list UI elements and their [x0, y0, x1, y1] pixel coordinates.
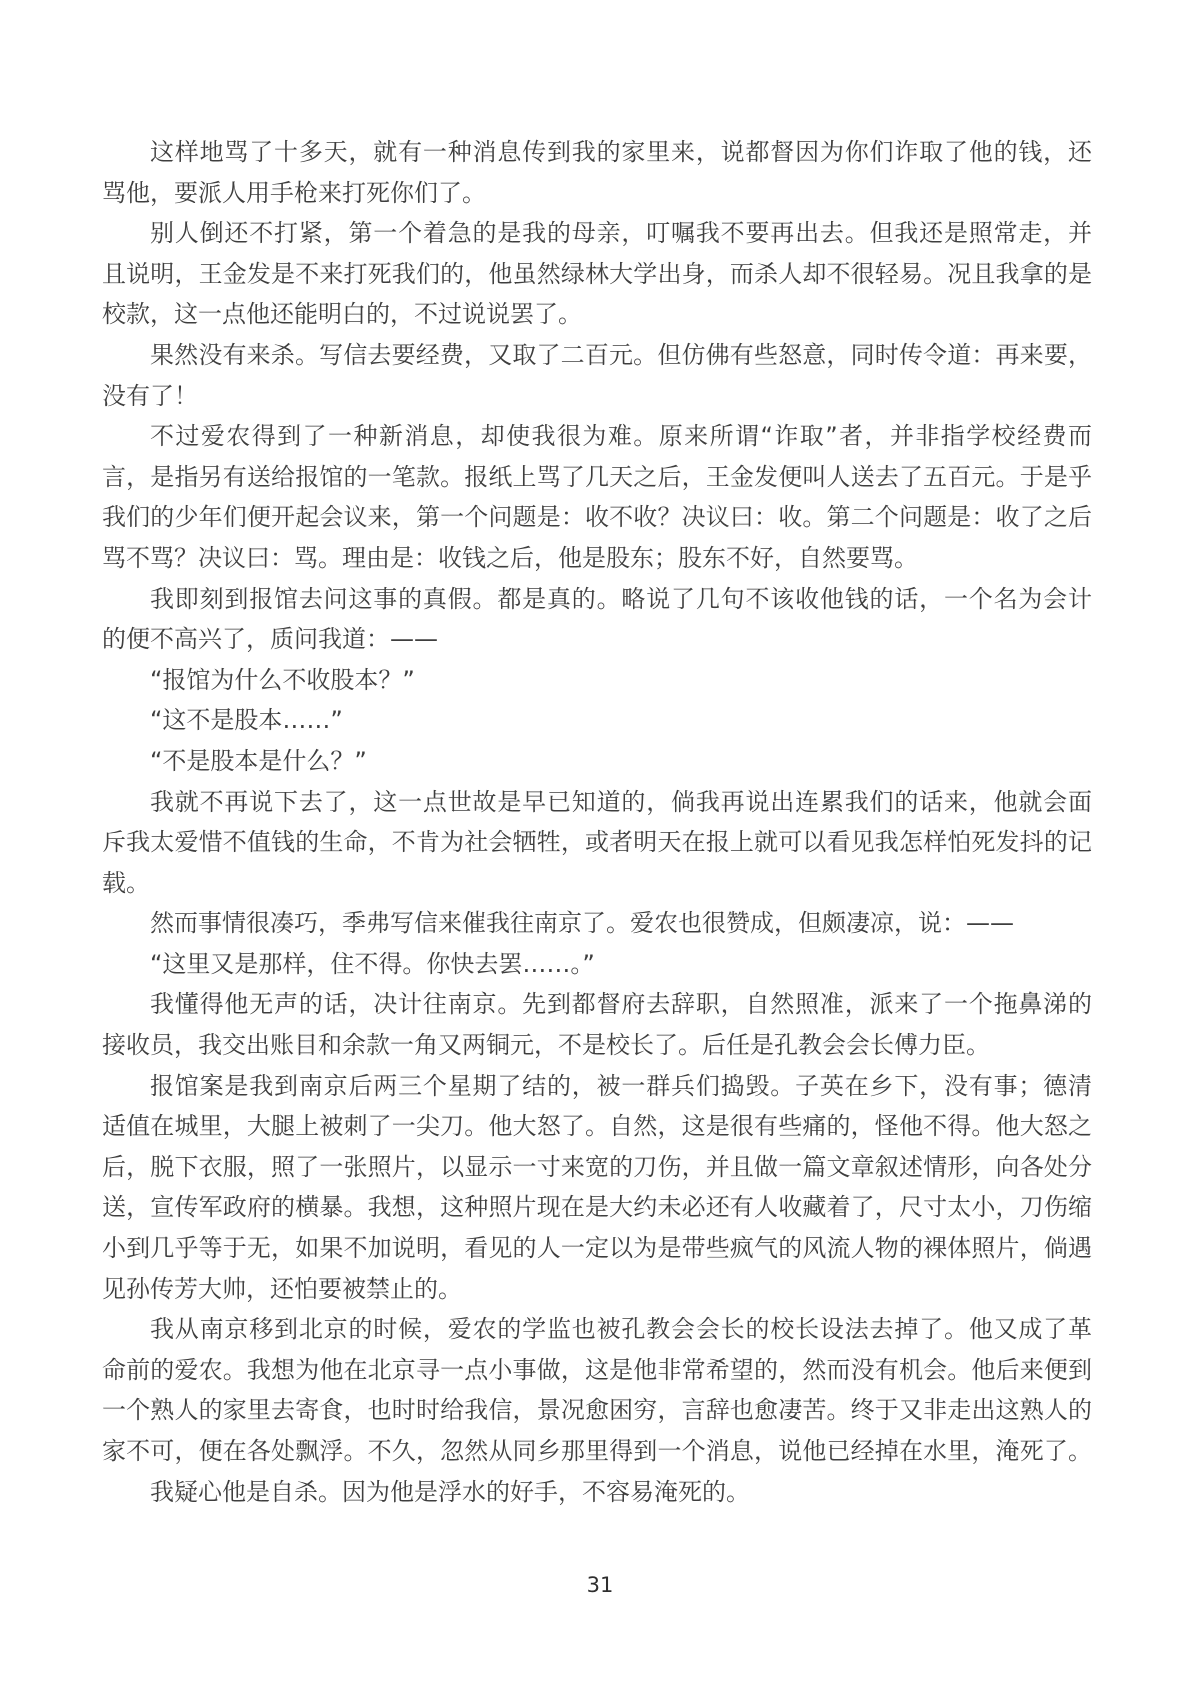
text-line: 后，脱下衣服，照了一张照片，以显示一寸来宽的刀伤，并且做一篇文章叙述情形，向各处…	[102, 1147, 1092, 1188]
text-line: 的便不高兴了，质问我道：——	[102, 619, 1092, 660]
paragraph: 不过爱农得到了一种新消息，却使我很为难。原来所谓“诈取”者，并非指学校经费而 言…	[102, 416, 1092, 578]
text-line: 命前的爱农。我想为他在北京寻一点小事做，这是他非常希望的，然而没有机会。他后来便…	[102, 1350, 1092, 1391]
paragraph: 别人倒还不打紧，第一个着急的是我的母亲，叮嘱我不要再出去。但我还是照常走，并 且…	[102, 213, 1092, 335]
text-line: 家不可，便在各处飘浮。不久，忽然从同乡那里得到一个消息，说他已经掉在水里，淹死了…	[102, 1431, 1092, 1472]
paragraph: 报馆案是我到南京后两三个星期了结的，被一群兵们捣毁。子英在乡下，没有事；德清 适…	[102, 1066, 1092, 1310]
text-line: 然而事情很凑巧，季弗写信来催我往南京了。爱农也很赞成，但颇凄凉，说：——	[102, 903, 1092, 944]
text-line: 没有了！	[102, 376, 1092, 417]
text-line: 我从南京移到北京的时候，爱农的学监也被孔教会会长的校长设法去掉了。他又成了革	[102, 1309, 1092, 1350]
text-line: 接收员，我交出账目和余款一角又两铜元，不是校长了。后任是孔教会会长傅力臣。	[102, 1025, 1092, 1066]
paragraph: “这不是股本……”	[102, 700, 1092, 741]
paragraph: 我疑心他是自杀。因为他是浮水的好手，不容易淹死的。	[102, 1472, 1092, 1513]
text-line: 这样地骂了十多天，就有一种消息传到我的家里来，说都督因为你们诈取了他的钱，还	[102, 132, 1092, 173]
text-line: 别人倒还不打紧，第一个着急的是我的母亲，叮嘱我不要再出去。但我还是照常走，并	[102, 213, 1092, 254]
paragraph: 我从南京移到北京的时候，爱农的学监也被孔教会会长的校长设法去掉了。他又成了革 命…	[102, 1309, 1092, 1471]
paragraph: 我就不再说下去了，这一点世故是早已知道的，倘我再说出连累我们的话来，他就会面 斥…	[102, 782, 1092, 904]
text-line: 载。	[102, 863, 1092, 904]
paragraph: “不是股本是什么？”	[102, 741, 1092, 782]
paragraph: 这样地骂了十多天，就有一种消息传到我的家里来，说都督因为你们诈取了他的钱，还 骂…	[102, 132, 1092, 213]
text-line: 小到几乎等于无，如果不加说明，看见的人一定以为是带些疯气的风流人物的裸体照片，倘…	[102, 1228, 1092, 1269]
text-line: 果然没有来杀。写信去要经费，又取了二百元。但仿佛有些怒意，同时传令道：再来要，	[102, 335, 1092, 376]
page-number: 31	[0, 1572, 1200, 1598]
text-line: 报馆案是我到南京后两三个星期了结的，被一群兵们捣毁。子英在乡下，没有事；德清	[102, 1066, 1092, 1107]
text-line: 且说明，王金发是不来打死我们的，他虽然绿林大学出身，而杀人却不很轻易。况且我拿的…	[102, 254, 1092, 295]
text-line: “不是股本是什么？”	[102, 741, 1092, 782]
text-line: 我就不再说下去了，这一点世故是早已知道的，倘我再说出连累我们的话来，他就会面	[102, 782, 1092, 823]
text-line: 一个熟人的家里去寄食，也时时给我信，景况愈困穷，言辞也愈凄苦。终于又非走出这熟人…	[102, 1390, 1092, 1431]
text-line: 我懂得他无声的话，决计往南京。先到都督府去辞职，自然照准，派来了一个拖鼻涕的	[102, 984, 1092, 1025]
text-line: “报馆为什么不收股本？”	[102, 660, 1092, 701]
text-line: 送，宣传军政府的横暴。我想，这种照片现在是大约未必还有人收藏着了，尺寸太小，刀伤…	[102, 1187, 1092, 1228]
paragraph: 我懂得他无声的话，决计往南京。先到都督府去辞职，自然照准，派来了一个拖鼻涕的 接…	[102, 984, 1092, 1065]
text-body: 这样地骂了十多天，就有一种消息传到我的家里来，说都督因为你们诈取了他的钱，还 骂…	[102, 132, 1092, 1512]
text-line: 骂不骂？决议曰：骂。理由是：收钱之后，他是股东；股东不好，自然要骂。	[102, 538, 1092, 579]
paragraph: 果然没有来杀。写信去要经费，又取了二百元。但仿佛有些怒意，同时传令道：再来要， …	[102, 335, 1092, 416]
text-line: 我们的少年们便开起会议来，第一个问题是：收不收？决议曰：收。第二个问题是：收了之…	[102, 497, 1092, 538]
text-line: 我疑心他是自杀。因为他是浮水的好手，不容易淹死的。	[102, 1472, 1092, 1513]
paragraph: “报馆为什么不收股本？”	[102, 660, 1092, 701]
paragraph: “这里又是那样，住不得。你快去罢……。”	[102, 944, 1092, 985]
paragraph: 我即刻到报馆去问这事的真假。都是真的。略说了几句不该收他钱的话，一个名为会计 的…	[102, 579, 1092, 660]
text-line: 我即刻到报馆去问这事的真假。都是真的。略说了几句不该收他钱的话，一个名为会计	[102, 579, 1092, 620]
text-line: 校款，这一点他还能明白的，不过说说罢了。	[102, 294, 1092, 335]
document-page: 这样地骂了十多天，就有一种消息传到我的家里来，说都督因为你们诈取了他的钱，还 骂…	[0, 0, 1200, 1697]
text-line: 不过爱农得到了一种新消息，却使我很为难。原来所谓“诈取”者，并非指学校经费而	[102, 416, 1092, 457]
paragraph: 然而事情很凑巧，季弗写信来催我往南京了。爱农也很赞成，但颇凄凉，说：——	[102, 903, 1092, 944]
text-line: “这不是股本……”	[102, 700, 1092, 741]
text-line: 斥我太爱惜不值钱的生命，不肯为社会牺牲，或者明天在报上就可以看见我怎样怕死发抖的…	[102, 822, 1092, 863]
text-line: 骂他，要派人用手枪来打死你们了。	[102, 173, 1092, 214]
text-line: 适值在城里，大腿上被刺了一尖刀。他大怒了。自然，这是很有些痛的，怪他不得。他大怒…	[102, 1106, 1092, 1147]
text-line: “这里又是那样，住不得。你快去罢……。”	[102, 944, 1092, 985]
text-line: 见孙传芳大帅，还怕要被禁止的。	[102, 1269, 1092, 1310]
text-line: 言，是指另有送给报馆的一笔款。报纸上骂了几天之后，王金发便叫人送去了五百元。于是…	[102, 457, 1092, 498]
